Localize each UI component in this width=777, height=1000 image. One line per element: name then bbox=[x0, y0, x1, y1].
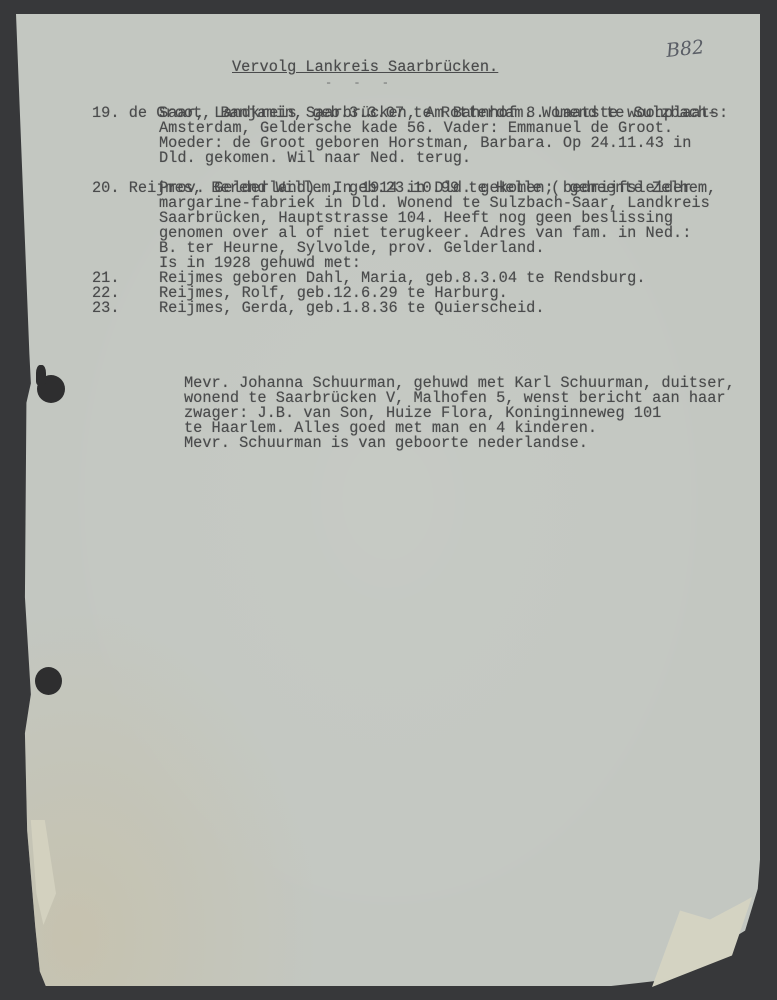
punch-hole-top-notch bbox=[36, 365, 46, 385]
entry-23-number: 23. bbox=[92, 301, 120, 316]
punch-hole-bottom bbox=[35, 667, 62, 695]
entry-number: 20. bbox=[92, 179, 120, 197]
title-dashes: - - - bbox=[325, 76, 396, 90]
archive-mark: B82 bbox=[665, 36, 705, 62]
entry-line: Reijmes, Gerda, geb.1.8.36 te Quierschei… bbox=[159, 301, 545, 316]
entry-line: Dld. gekomen. Wil naar Ned. terug. bbox=[159, 151, 471, 166]
note-line: Mevr. Schuurman is van geboorte nederlan… bbox=[184, 436, 588, 451]
page-title: Vervolg Lankreis Saarbrücken. bbox=[232, 60, 498, 75]
entry-number: 19. bbox=[92, 106, 120, 121]
